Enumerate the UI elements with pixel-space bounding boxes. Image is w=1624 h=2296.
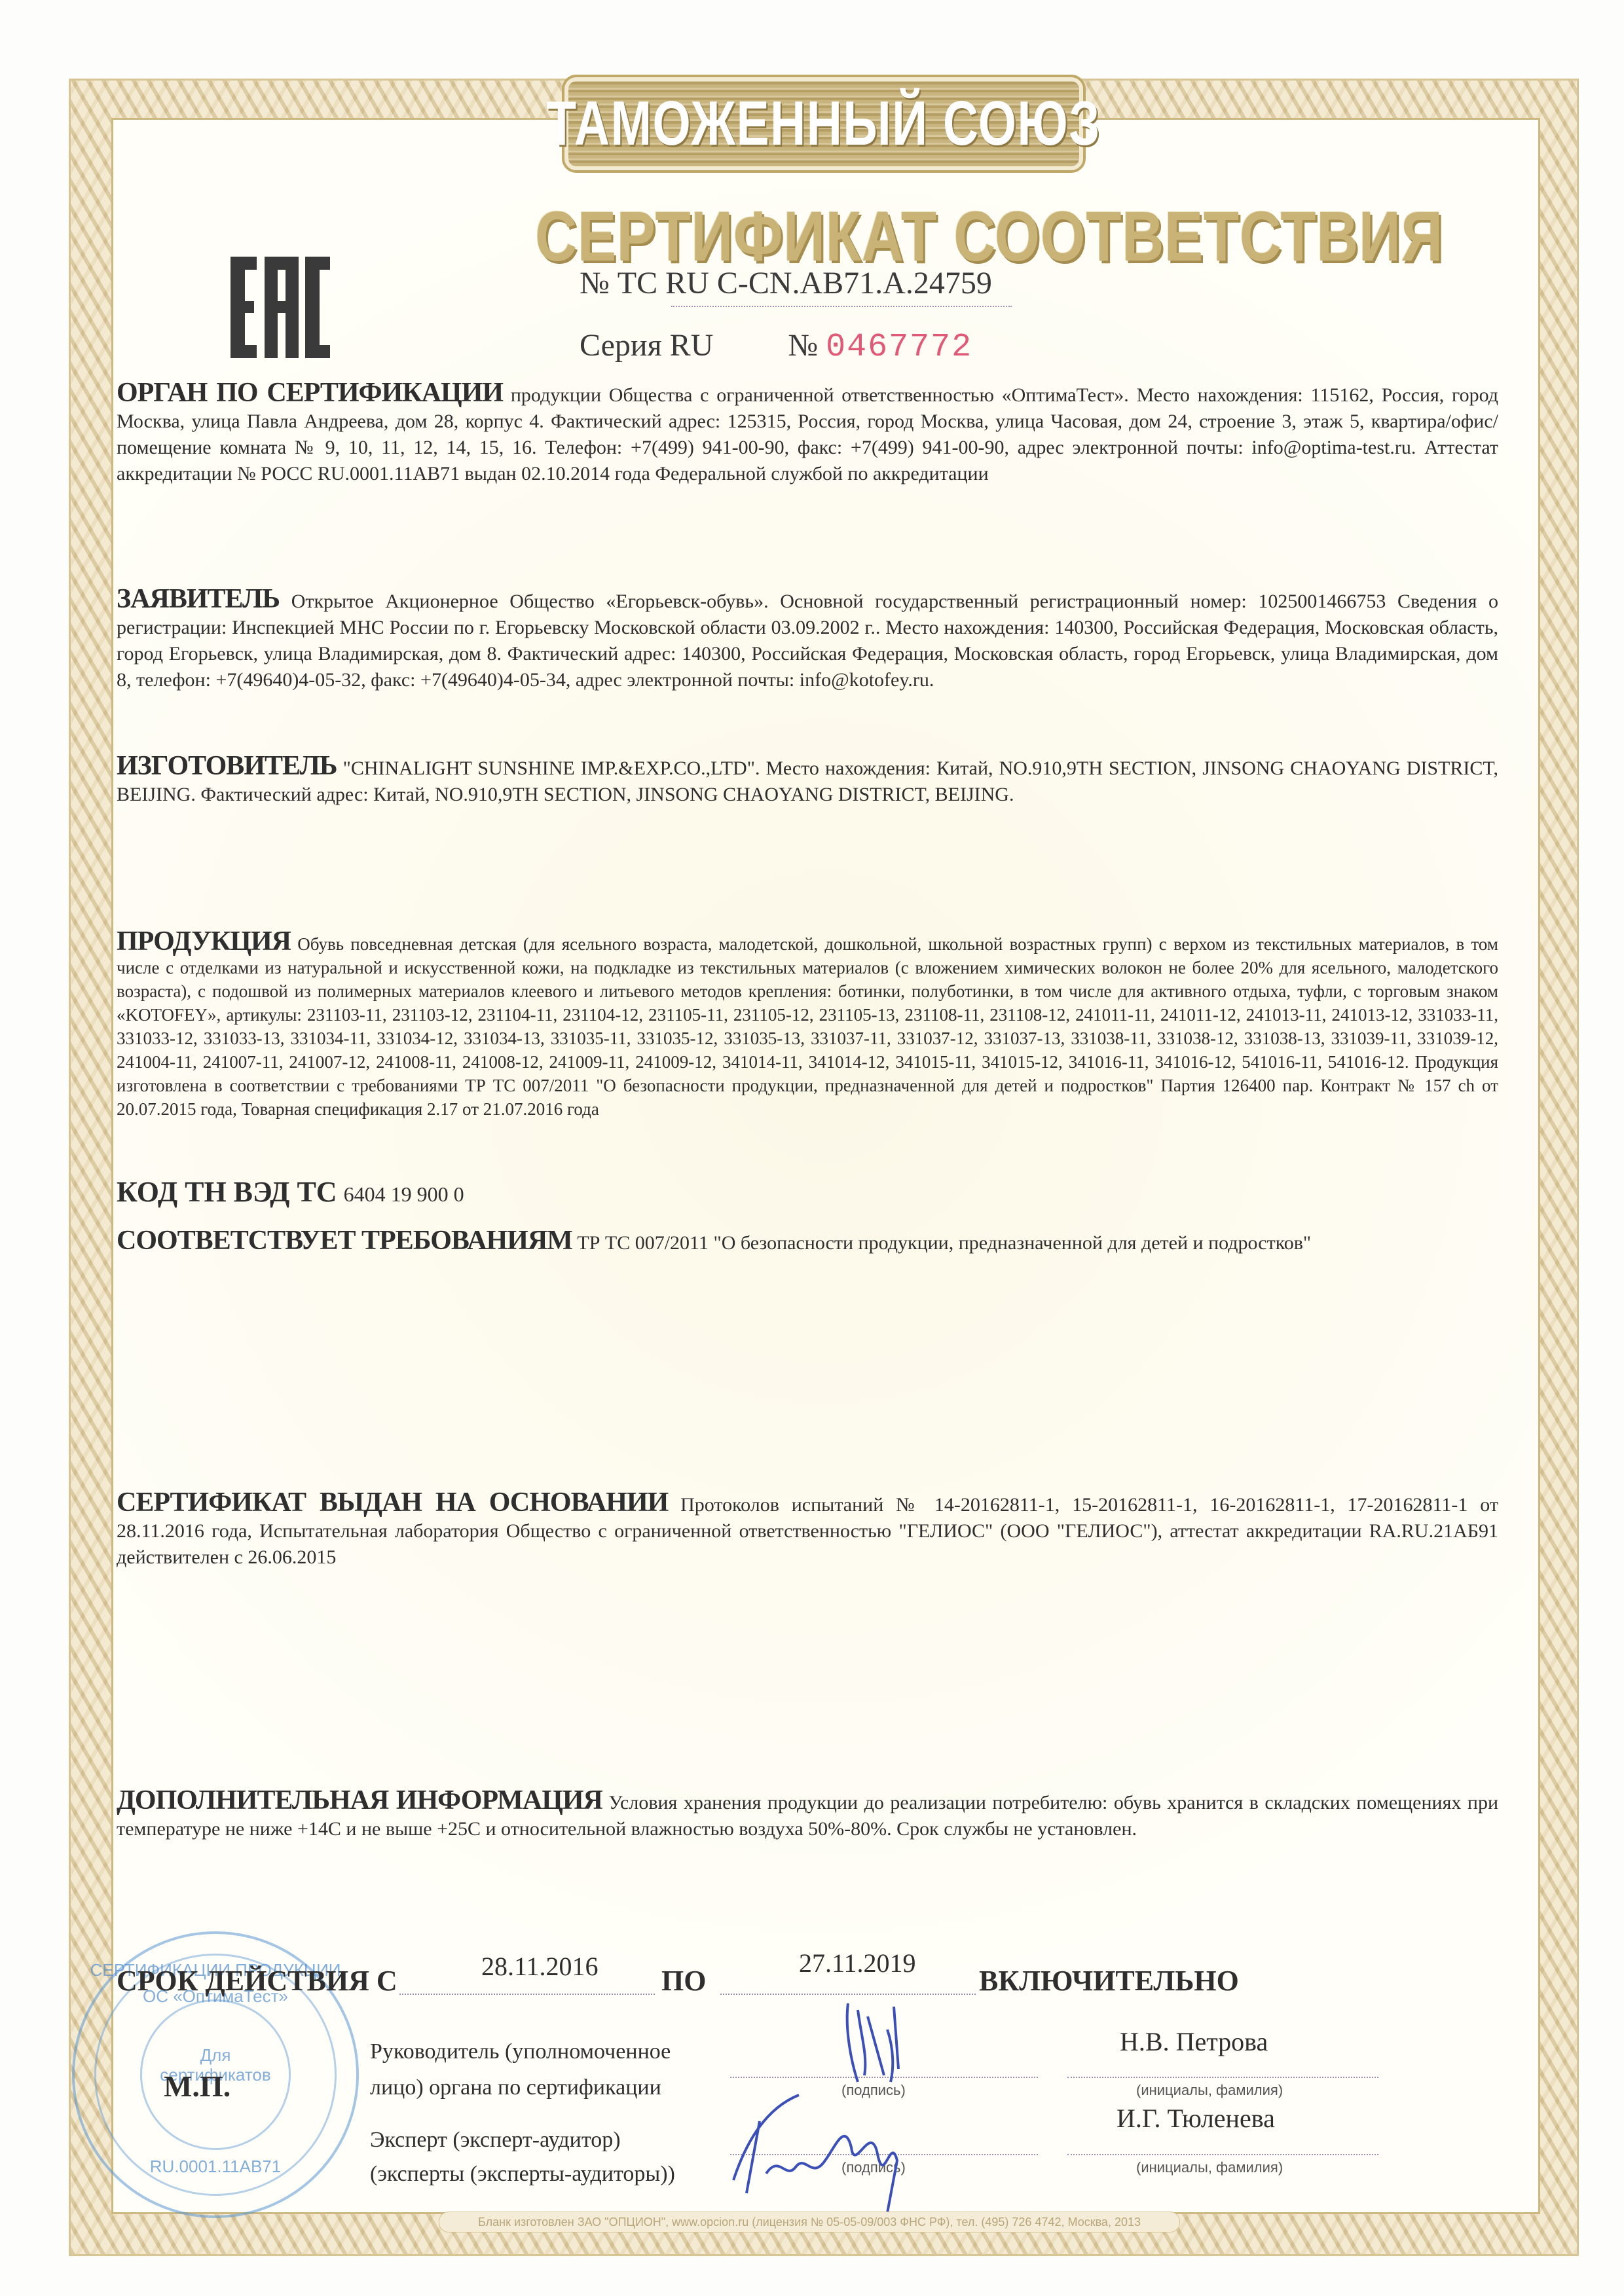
expert-label-1: Эксперт (эксперт-аудитор) [370, 2128, 621, 2153]
head-name: Н.В. Петрова [1120, 2026, 1268, 2057]
section-text: Обувь повседневная детская (для ясельног… [117, 934, 1498, 1119]
series-value: RU [670, 328, 714, 363]
series-label: Серия [580, 328, 662, 363]
seal-label: М.П. [164, 2069, 231, 2104]
customs-union-text: ТАМОЖЕННЫЙ СОЮЗ [547, 88, 1101, 160]
validity-from-date: 28.11.2016 [481, 1951, 599, 1982]
stamp-center-text-1: Для [75, 2045, 356, 2066]
from-date-line [399, 1994, 655, 1995]
certificate-page: ТАМОЖЕННЫЙ СОЮЗ СЕРТИФИКАТ СООТВЕТСТВИЯ … [0, 0, 1624, 2296]
blank-number: 0467772 [826, 329, 972, 366]
expert-signature-icon [720, 2082, 956, 2213]
head-label-2: лицо) органа по сертификации [370, 2075, 661, 2100]
eac-logo-icon [231, 257, 329, 358]
expert-name-caption: (инициалы, фамилия) [1136, 2159, 1283, 2176]
stamp-bottom-text: RU.0001.11АВ71 [75, 2157, 356, 2177]
section-heading: СЕРТИФИКАТ ВЫДАН НА ОСНОВАНИИ [117, 1487, 668, 1518]
cert-number-underline [671, 306, 1012, 307]
section-heading: ИЗГОТОВИТЕЛЬ [117, 751, 337, 781]
certificate-number: № ТС RU C-CN.AB71.A.24759 [580, 265, 992, 301]
validity-inclusive-label: ВКЛЮЧИТЕЛЬНО [979, 1964, 1239, 1997]
section-text: ТР ТС 007/2011 "О безопасности продукции… [577, 1232, 1311, 1254]
section-tn-ved: КОД ТН ВЭД ТС 6404 19 900 0 [117, 1175, 464, 1209]
head-name-line [1067, 2077, 1378, 2078]
head-name-caption: (инициалы, фамилия) [1136, 2082, 1283, 2099]
blank-imprint: Бланк изготовлен ЗАО "ОПЦИОН", www.opcio… [439, 2212, 1180, 2232]
expert-name: И.Г. Тюленева [1116, 2103, 1275, 2134]
series-line: Серия RU № 0467772 [580, 327, 972, 366]
section-heading: КОД ТН ВЭД ТС [117, 1176, 337, 1208]
section-heading: ПРОДУКЦИЯ [117, 926, 291, 957]
cert-number-label: № ТС [580, 266, 657, 301]
validity-from-label: СРОК ДЕЙСТВИЯ С [117, 1964, 397, 1997]
section-heading: ОРГАН ПО СЕРТИФИКАЦИИ [117, 378, 503, 408]
section-text: Открытое Акционерное Общество «Егорьевск… [117, 591, 1498, 691]
validity-to-date: 27.11.2019 [799, 1948, 916, 1978]
customs-union-banner: ТАМОЖЕННЫЙ СОЮЗ [564, 77, 1083, 170]
section-basis: СЕРТИФИКАТ ВЫДАН НА ОСНОВАНИИ Протоколов… [117, 1489, 1498, 1571]
section-applicant: ЗАЯВИТЕЛЬ Открытое Акционерное Общество … [117, 586, 1498, 693]
section-manufacturer: ИЗГОТОВИТЕЛЬ "CHINALIGHT SUNSHINE IMP.&E… [117, 753, 1498, 808]
section-conforms: СООТВЕТСТВУЕТ ТРЕБОВАНИЯМ ТР ТС 007/2011… [117, 1228, 1498, 1256]
section-heading: ДОПОЛНИТЕЛЬНАЯ ИНФОРМАЦИЯ [117, 1785, 602, 1815]
validity-to-label: ПО [661, 1964, 706, 1997]
section-certification-body: ОРГАН ПО СЕРТИФИКАЦИИ продукции Общества… [117, 380, 1498, 487]
section-heading: ЗАЯВИТЕЛЬ [117, 584, 280, 614]
cert-number-value: RU C-CN.AB71.A.24759 [665, 266, 992, 301]
section-heading: СООТВЕТСТВУЕТ ТРЕБОВАНИЯМ [117, 1226, 572, 1256]
head-label-1: Руководитель (уполномоченное [370, 2039, 671, 2064]
section-product: ПРОДУКЦИЯ Обувь повседневная детская (дл… [117, 930, 1498, 1121]
tn-ved-code: 6404 19 900 0 [344, 1182, 464, 1206]
blank-number-label: № [788, 328, 818, 363]
expert-name-line [1067, 2154, 1378, 2155]
section-additional-info: ДОПОЛНИТЕЛЬНАЯ ИНФОРМАЦИЯ Условия хранен… [117, 1787, 1498, 1842]
expert-label-2: (эксперты (эксперты-аудиторы)) [370, 2162, 675, 2187]
